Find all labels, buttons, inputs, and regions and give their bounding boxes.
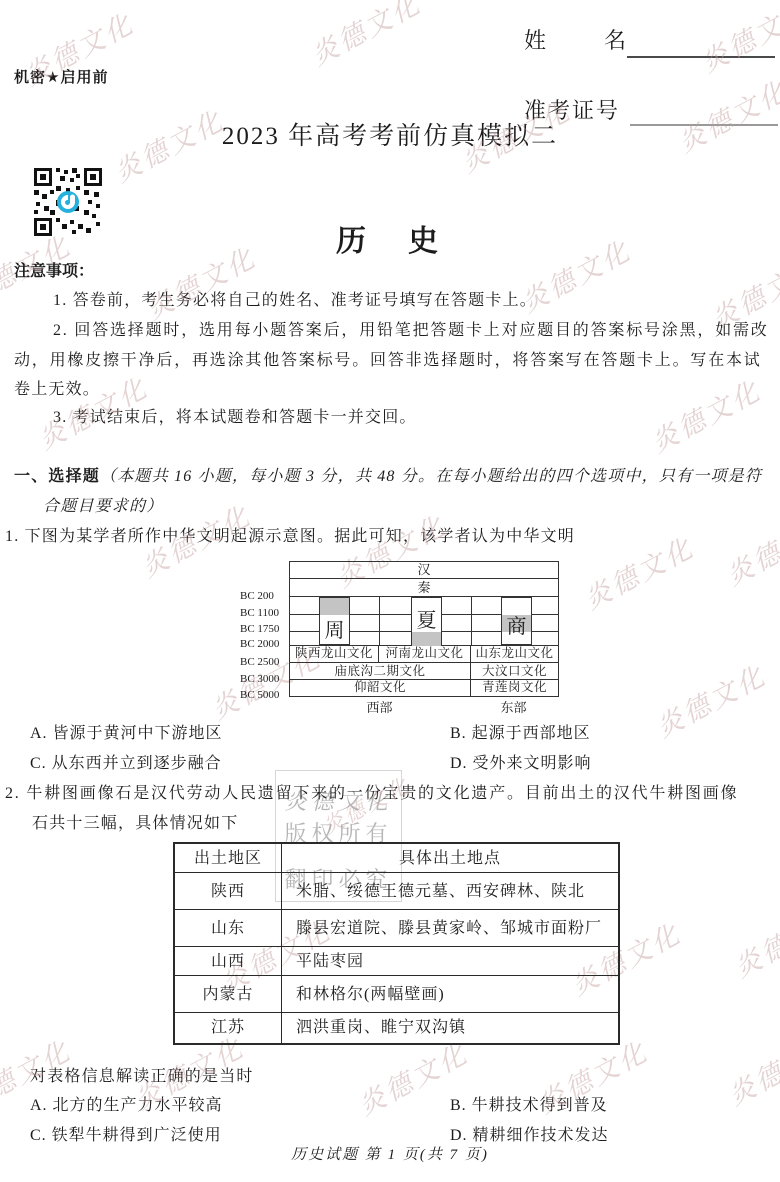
question-2-stem-line1: 2. 牛耕图画像石是汉代劳动人民遗留下来的一份宝贵的文化遗产。目前出土的汉代牛耕… (5, 780, 738, 803)
dynasty-shang-box: 商 (501, 597, 532, 645)
name-label-left: 姓 (524, 28, 548, 53)
table-row: 陕西 米脂、绥德王德元墓、西安碑林、陕北 (175, 873, 618, 910)
table-header-sites: 具体出土地点 (282, 844, 618, 872)
q2-option-b: B. 牛耕技术得到普及 (450, 1092, 608, 1115)
exam-page: 炎德文化 炎德文化 炎德文化 炎德文化 炎德文化 炎德文化 炎德文化 炎德文化 … (0, 0, 780, 1182)
notice-item-2-line2: 动，用橡皮擦干净后，再选涂其他答案标号。回答非选择题时，将答案写在答题卡上。写在… (14, 347, 762, 370)
page-footer: 历史试题 第 1 页(共 7 页) (0, 1143, 780, 1164)
table-cell-sites: 米脂、绥德王德元墓、西安碑林、陕北 (282, 873, 618, 909)
notice-heading: 注意事项： (14, 258, 94, 281)
culture-henan-longshan: 河南龙山文化 (379, 645, 471, 663)
dynasty-zhou-box: 周 (319, 597, 350, 645)
culture-shaanxi-longshan: 陕西龙山文化 (290, 645, 379, 663)
watermark: 炎德文化 (576, 526, 700, 617)
name-blank-line (627, 56, 775, 58)
table-cell-region: 山东 (175, 910, 282, 946)
culture-yangshao: 仰韶文化 (290, 680, 471, 696)
section-label: 一、选择题 (14, 468, 100, 485)
axis-label-bc3000: BC 3000 (240, 673, 286, 685)
qr-code-icon (32, 166, 104, 238)
watermark: 炎德文化 (726, 894, 780, 985)
confidential-notice: 机密★启用前 (14, 66, 108, 87)
table-row: 山西 平陆枣园 (175, 947, 618, 976)
culture-shandong-longshan: 山东龙山文化 (471, 645, 558, 663)
q1-option-d: D. 受外来文明影响 (450, 750, 592, 773)
candidate-name-row: 姓名 (524, 24, 628, 55)
q1-option-b: B. 起源于西部地区 (450, 720, 591, 743)
civilization-origin-diagram: BC 200 BC 1100 BC 1750 BC 2000 BC 2500 B… (240, 557, 570, 719)
section-desc-line2: 合题目要求的） (43, 493, 163, 516)
question-2-stem-line2: 石共十三幅，具体情况如下 (32, 810, 238, 833)
table-cell-region: 陕西 (175, 873, 282, 909)
axis-label-bc1750: BC 1750 (240, 623, 286, 635)
axis-label-bc1100: BC 1100 (240, 607, 286, 619)
watermark: 炎德文化 (648, 654, 772, 745)
table-cell-sites: 平陆枣园 (282, 947, 618, 975)
notice-item-2-line1: 2. 回答选择题时，选用每小题答案后，用铅笔把答题卡上对应题目的答案标号涂黑，如… (53, 317, 769, 340)
notice-item-2-line3: 卷上无效。 (14, 376, 100, 399)
q1-option-c: C. 从东西并立到逐步融合 (30, 750, 222, 773)
table-cell-region: 山西 (175, 947, 282, 975)
question-1-stem: 1. 下图为某学者所作中华文明起源示意图。据此可知，该学者认为中华文明 (5, 523, 575, 546)
notice-item-1: 1. 答卷前，考生务必将自己的姓名、准考证号填写在答题卡上。 (53, 287, 537, 310)
dynasty-zhou-label: 周 (320, 614, 349, 643)
table-cell-sites: 泗洪重岗、睢宁双沟镇 (282, 1013, 618, 1043)
watermark: 炎德文化 (693, 0, 780, 80)
era-han: 汉 (290, 562, 558, 579)
era-qin: 秦 (290, 579, 558, 597)
axis-label-bc5000: BC 5000 (240, 689, 286, 701)
q1-option-a: A. 皆源于黄河中下游地区 (30, 720, 223, 743)
dynasty-xia-label: 夏 (412, 604, 441, 633)
watermark: 炎德文化 (718, 502, 780, 593)
q2-option-d: D. 精耕细作技术发达 (450, 1122, 609, 1145)
subject-title: 历 史 (0, 216, 780, 260)
q2-option-c: C. 铁犁牛耕得到广泛使用 (30, 1122, 222, 1145)
table-cell-sites: 滕县宏道院、滕县黄家岭、邹城市面粉厂 (282, 910, 618, 946)
dynasty-shang-label: 商 (502, 610, 531, 639)
watermark: 炎德文化 (720, 1022, 780, 1113)
table-header-row: 出土地区 具体出土地点 (175, 844, 618, 873)
table-row: 内蒙古 和林格尔(两幅壁画) (175, 976, 618, 1013)
culture-qingliangang: 青莲岗文化 (471, 680, 558, 696)
watermark: 炎德文化 (303, 0, 427, 73)
q2-option-a: A. 北方的生产力水平较高 (30, 1092, 223, 1115)
table-cell-region: 江苏 (175, 1013, 282, 1043)
region-east-label: 东部 (470, 697, 557, 716)
table-header-region: 出土地区 (175, 844, 282, 872)
table-row: 山东 滕县宏道院、滕县黄家岭、邹城市面粉厂 (175, 910, 618, 947)
question-2-lead: 对表格信息解读正确的是当时 (30, 1063, 254, 1086)
excavation-table: 出土地区 具体出土地点 陕西 米脂、绥德王德元墓、西安碑林、陕北 山东 滕县宏道… (173, 842, 620, 1045)
dynasty-xia-box: 夏 (411, 597, 442, 645)
culture-dawenkou: 大汶口文化 (471, 663, 558, 680)
dynasty-grid: 周 夏 商 (290, 597, 558, 646)
culture-miaodigou: 庙底沟二期文化 (290, 663, 471, 680)
axis-label-bc200: BC 200 (240, 590, 286, 602)
table-cell-region: 内蒙古 (175, 976, 282, 1012)
table-row: 江苏 泗洪重岗、睢宁双沟镇 (175, 1013, 618, 1043)
name-label-right: 名 (604, 28, 628, 53)
axis-label-bc2500: BC 2500 (240, 656, 286, 668)
qr-center-logo (57, 191, 79, 213)
notice-item-3: 3. 考试结束后，将本试题卷和答题卡一并交回。 (53, 404, 417, 427)
axis-label-bc2000: BC 2000 (240, 638, 286, 650)
table-cell-sites: 和林格尔(两幅壁画) (282, 976, 618, 1012)
section-desc: （本题共 16 小题，每小题 3 分，共 48 分。在每小题给出的四个选项中，只… (100, 468, 762, 485)
exam-title: 2023 年高考考前仿真模拟二 (0, 116, 780, 152)
watermark: 炎德文化 (643, 369, 767, 460)
region-west-label: 西部 (289, 697, 470, 716)
diagram-frame: 汉 秦 周 夏 商 (289, 561, 559, 697)
